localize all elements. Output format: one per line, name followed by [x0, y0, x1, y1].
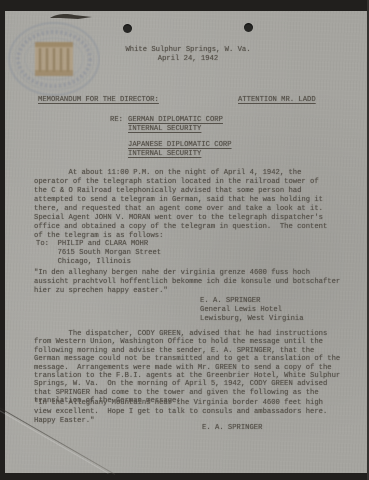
dateline-place: White Sulphur Springs, W. Va. — [98, 46, 278, 55]
sender-city: Lewisburg, West Virginia — [200, 315, 304, 324]
hole-punch-icon — [123, 24, 132, 33]
pen-mark — [48, 10, 96, 24]
sender-signature-2: E. A. SPRINGER — [202, 424, 262, 433]
sender-name: E. A. SPRINGER — [200, 297, 304, 306]
dateline: White Sulphur Springs, W. Va. April 24, … — [98, 46, 278, 64]
memo-title: MEMORANDUM FOR THE DIRECTOR: — [38, 96, 159, 105]
re-label: RE: — [110, 116, 128, 159]
body-paragraph-1: At about 11:00 P.M. on the night of Apri… — [34, 169, 364, 241]
subject-line: INTERNAL SECURITY — [128, 150, 232, 159]
subject-line: GERMAN DIPLOMATIC CORP — [128, 116, 232, 125]
subject-line: INTERNAL SECURITY — [128, 125, 232, 134]
sender-hotel: General Lewis Hotel — [200, 306, 304, 315]
body-paragraph-2: The dispatcher, CODY GREEN, advised that… — [34, 330, 368, 406]
telegram-translation-text: "In the Alleghany Mountains near the Vir… — [34, 399, 364, 426]
embossed-seal-icon — [6, 20, 100, 98]
re-subject-block: RE: GERMAN DIPLOMATIC CORP INTERNAL SECU… — [110, 116, 232, 159]
dateline-date: April 24, 1942 — [98, 55, 278, 64]
sender-signature-block: E. A. SPRINGER General Lewis Hotel Lewis… — [200, 297, 304, 324]
hole-punch-icon — [244, 23, 253, 32]
subject-line: JAPANESE DIPLOMATIC CORP — [128, 141, 232, 150]
telegram-recipient: To: PHILIP and CLARA MOHR 7615 South Mor… — [36, 240, 336, 267]
scanned-memo-page: White Sulphur Springs, W. Va. April 24, … — [0, 0, 369, 480]
scan-edge-bottom — [0, 473, 369, 480]
attention-label: ATTENTION MR. LADD — [238, 96, 316, 105]
telegram-german-text: "In den alleghany bergen nahe der virgin… — [34, 269, 364, 296]
